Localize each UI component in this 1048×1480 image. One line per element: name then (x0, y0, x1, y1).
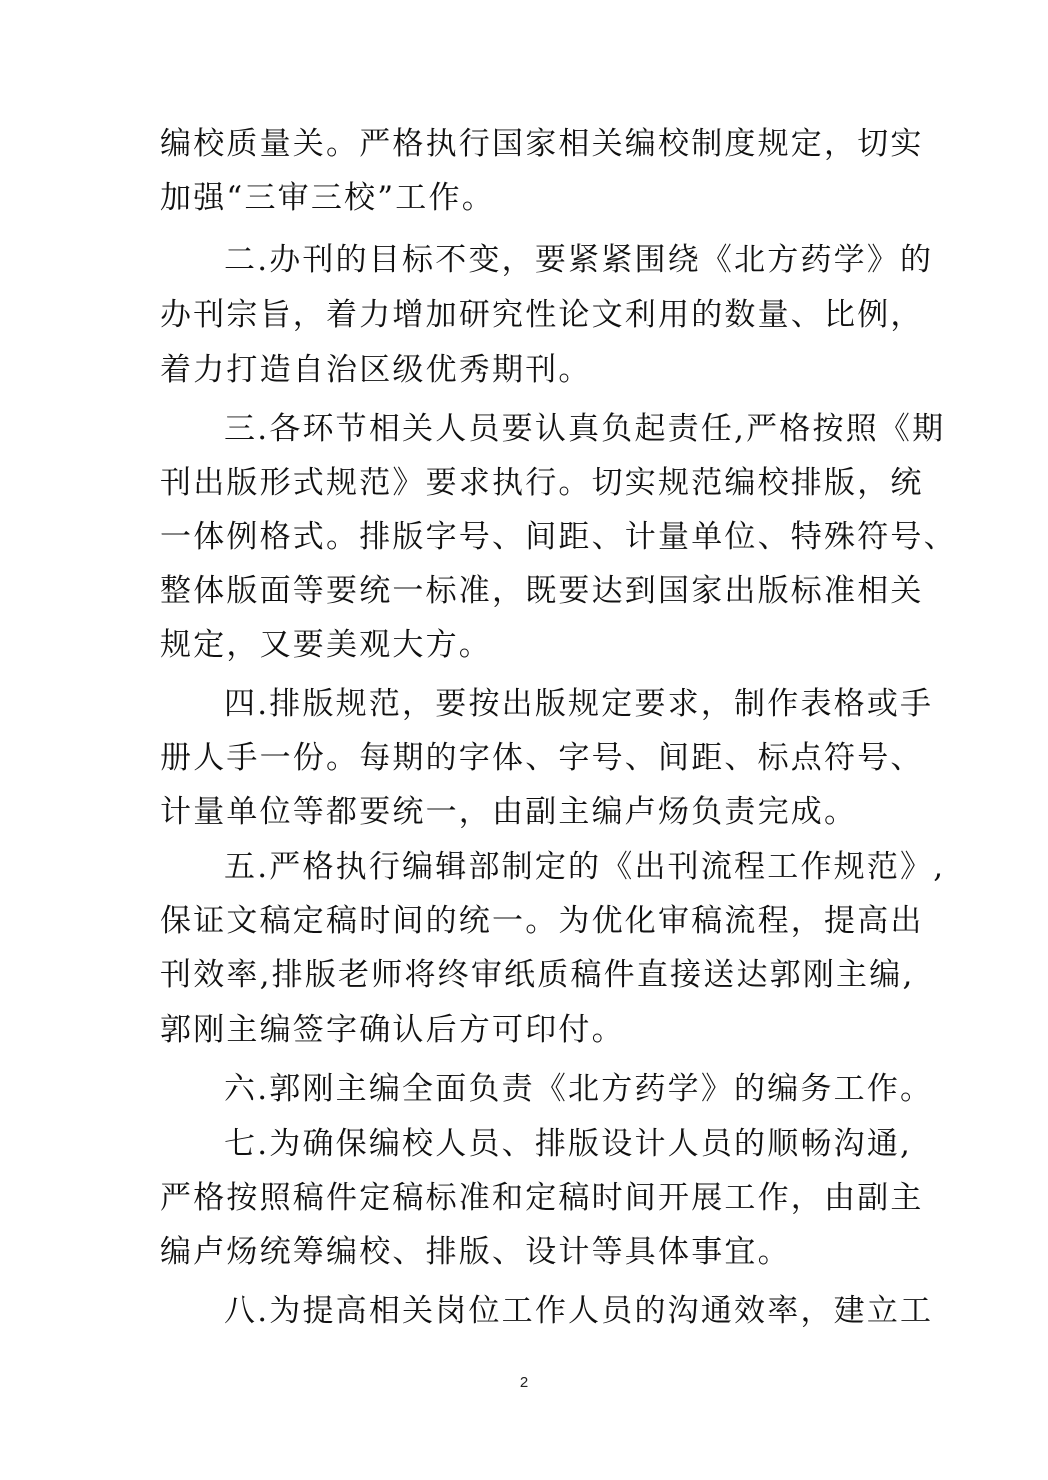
text-line: 规定，又要美观大方。 (160, 625, 492, 665)
text-line: 着力打造自治区级优秀期刊。 (160, 350, 592, 390)
text-line: 保证文稿定稿时间的统一。为优化审稿流程，提高出 (160, 901, 924, 941)
text-line: 整体版面等要统一标准，既要达到国家出版标准相关 (160, 571, 924, 611)
text-line: 严格按照稿件定稿标准和定稿时间开展工作，由副主 (160, 1178, 924, 1218)
text-line: 编卢炀统筹编校、排版、设计等具体事宜。 (160, 1232, 791, 1272)
paragraph-2-line: 二.办刊的目标不变，要紧紧围绕《北方药学》的 (224, 240, 933, 280)
text-line: 编校质量关。严格执行国家相关编校制度规定，切实 (160, 124, 888, 164)
text-line: 刊效率,排版老师将终审纸质稿件直接送达郭刚主编, (160, 955, 915, 995)
paragraph-7-line: 七.为确保编校人员、排版设计人员的顺畅沟通, (224, 1124, 912, 1164)
text-line: 加强“三审三校”工作。 (160, 178, 495, 218)
text-line: 办刊宗旨，着力增加研究性论文利用的数量、比例， (160, 295, 924, 335)
page-number: 2 (0, 1374, 1048, 1391)
paragraph-5-line: 五.严格执行编辑部制定的《出刊流程工作规范》, (224, 847, 945, 887)
paragraph-6-line: 六.郭刚主编全面负责《北方药学》的编务工作。 (224, 1069, 933, 1109)
text-line: 郭刚主编签字确认后方可印付。 (160, 1010, 625, 1050)
document-page: 编校质量关。严格执行国家相关编校制度规定，切实 加强“三审三校”工作。 二.办刊… (0, 0, 1048, 1480)
text-line: 一体例格式。排版字号、间距、计量单位、特殊符号、 (160, 517, 957, 557)
paragraph-4-line: 四.排版规范，要按出版规定要求，制作表格或手 (224, 684, 933, 724)
paragraph-8-line: 八.为提高相关岗位工作人员的沟通效率，建立工 (224, 1291, 933, 1331)
text-line: 计量单位等都要统一，由副主编卢炀负责完成。 (160, 792, 857, 832)
text-line: 册人手一份。每期的字体、字号、间距、标点符号、 (160, 738, 924, 778)
paragraph-3-line: 三.各环节相关人员要认真负起责任,严格按照《期 (224, 409, 945, 449)
text-line: 刊出版形式规范》要求执行。切实规范编校排版，统 (160, 463, 924, 503)
